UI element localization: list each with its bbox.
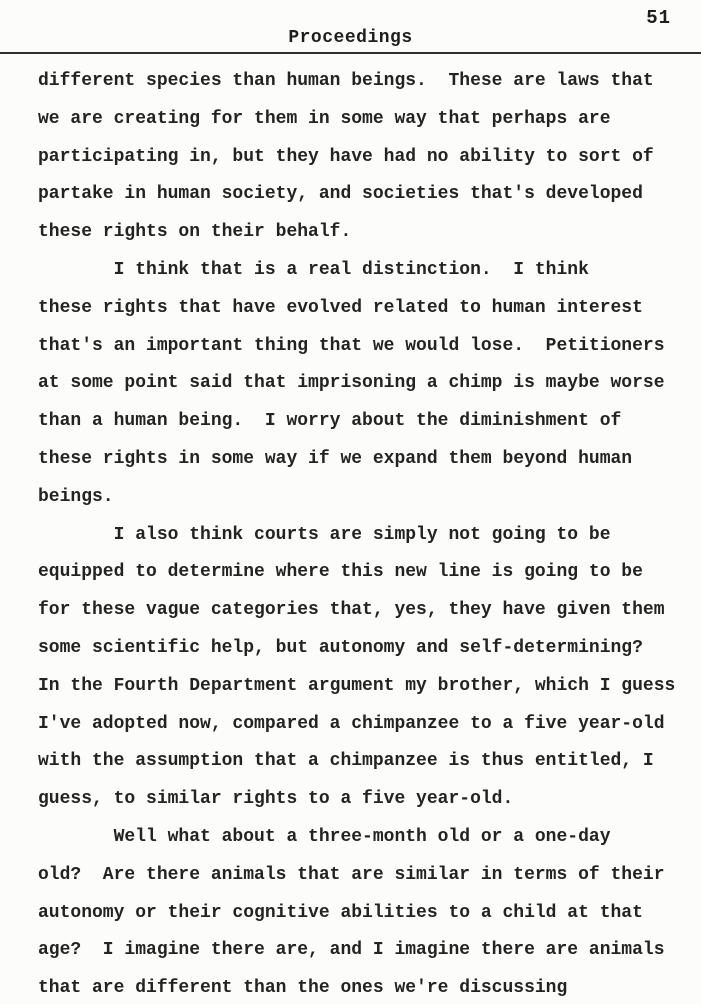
transcript-line: I think that is a real distinction. I th… xyxy=(38,252,698,290)
transcript-line: Well what about a three-month old or a o… xyxy=(38,819,698,857)
transcript-page: 51 Proceedings different species than hu… xyxy=(0,0,701,1004)
transcript-line: age? I imagine there are, and I imagine … xyxy=(38,932,698,970)
transcript-line: I also think courts are simply not going… xyxy=(38,517,698,555)
transcript-line: some scientific help, but autonomy and s… xyxy=(38,630,698,668)
transcript-line: I've adopted now, compared a chimpanzee … xyxy=(38,706,698,744)
transcript-line: these rights that have evolved related t… xyxy=(38,290,698,328)
transcript-line: guess, to similar rights to a five year-… xyxy=(38,781,698,819)
transcript-line: equipped to determine where this new lin… xyxy=(38,554,698,592)
transcript-body: different species than human beings. The… xyxy=(38,63,698,1004)
page-number: 51 xyxy=(646,7,671,29)
transcript-line: for these vague categories that, yes, th… xyxy=(38,592,698,630)
transcript-line: beings. xyxy=(38,479,698,517)
transcript-line: that are different than the ones we're d… xyxy=(38,970,698,1004)
page-title: Proceedings xyxy=(0,28,701,48)
transcript-line: autonomy or their cognitive abilities to… xyxy=(38,895,698,933)
transcript-line: than a human being. I worry about the di… xyxy=(38,403,698,441)
transcript-line: partake in human society, and societies … xyxy=(38,176,698,214)
transcript-line: that's an important thing that we would … xyxy=(38,328,698,366)
transcript-line: participating in, but they have had no a… xyxy=(38,139,698,177)
transcript-line: we are creating for them in some way tha… xyxy=(38,101,698,139)
transcript-line: these rights on their behalf. xyxy=(38,214,698,252)
transcript-line: In the Fourth Department argument my bro… xyxy=(38,668,698,706)
header-rule xyxy=(0,52,701,54)
transcript-line: different species than human beings. The… xyxy=(38,63,698,101)
transcript-line: these rights in some way if we expand th… xyxy=(38,441,698,479)
transcript-line: with the assumption that a chimpanzee is… xyxy=(38,743,698,781)
transcript-line: at some point said that imprisoning a ch… xyxy=(38,365,698,403)
transcript-line: old? Are there animals that are similar … xyxy=(38,857,698,895)
